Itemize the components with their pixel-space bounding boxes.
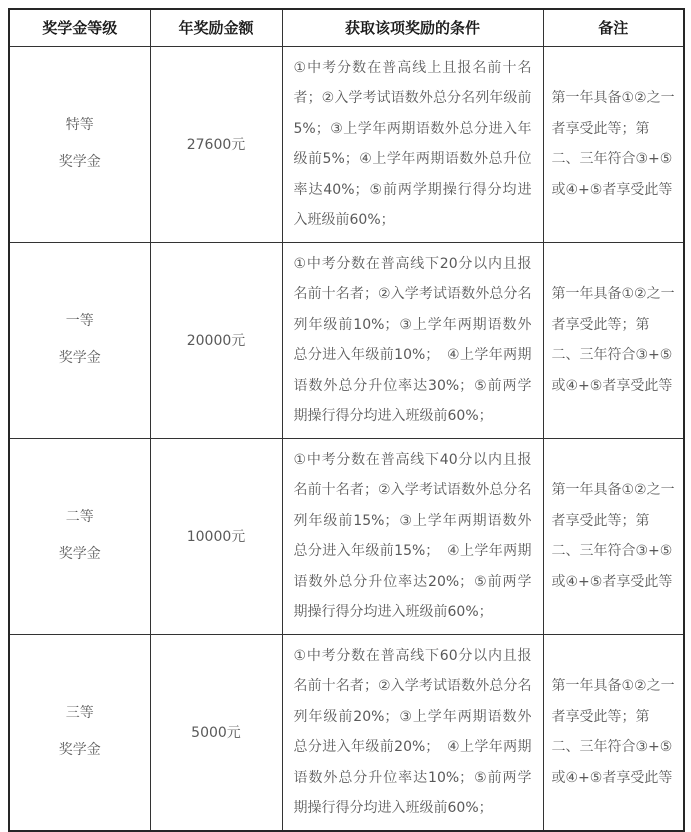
remark-cell: 第一年具备①②之一者享受此等；第二、三年符合③+⑤或④+⑤者享受此等 <box>543 46 684 242</box>
level-cell: 三等 奖学金 <box>9 634 150 831</box>
remark-cell: 第一年具备①②之一者享受此等；第二、三年符合③+⑤或④+⑤者享受此等 <box>543 634 684 831</box>
remark-cell: 第一年具备①②之一者享受此等；第二、三年符合③+⑤或④+⑤者享受此等 <box>543 438 684 634</box>
conditions-cell: ①中考分数在普高线下20分以内且报名前十名者；②入学考试语数外总分名列年级前10… <box>282 242 543 438</box>
scholarship-table: 奖学金等级 年奖励金额 获取该项奖励的条件 备注 特等 奖学金 27600元 ①… <box>8 8 685 832</box>
amount-cell: 27600元 <box>150 46 282 242</box>
header-row: 奖学金等级 年奖励金额 获取该项奖励的条件 备注 <box>9 9 684 46</box>
remark-cell: 第一年具备①②之一者享受此等；第二、三年符合③+⑤或④+⑤者享受此等 <box>543 242 684 438</box>
level-line2: 奖学金 <box>11 340 149 377</box>
level-line1: 三等 <box>11 695 149 732</box>
conditions-cell: ①中考分数在普高线上且报名前十名者；②入学考试语数外总分名列年级前5%；③上学年… <box>282 46 543 242</box>
header-cell-remark: 备注 <box>543 9 684 46</box>
header-cell-level: 奖学金等级 <box>9 9 150 46</box>
level-cell: 特等 奖学金 <box>9 46 150 242</box>
table-row-special: 特等 奖学金 27600元 ①中考分数在普高线上且报名前十名者；②入学考试语数外… <box>9 46 684 242</box>
level-line2: 奖学金 <box>11 144 149 181</box>
level-line1: 一等 <box>11 303 149 340</box>
conditions-cell: ①中考分数在普高线下40分以内且报名前十名者；②入学考试语数外总分名列年级前15… <box>282 438 543 634</box>
level-cell: 一等 奖学金 <box>9 242 150 438</box>
amount-cell: 20000元 <box>150 242 282 438</box>
conditions-cell: ①中考分数在普高线下60分以内且报名前十名者；②入学考试语数外总分名列年级前20… <box>282 634 543 831</box>
level-line1: 二等 <box>11 499 149 536</box>
header-cell-amount: 年奖励金额 <box>150 9 282 46</box>
amount-cell: 10000元 <box>150 438 282 634</box>
level-line2: 奖学金 <box>11 732 149 769</box>
table-row-first: 一等 奖学金 20000元 ①中考分数在普高线下20分以内且报名前十名者；②入学… <box>9 242 684 438</box>
amount-cell: 5000元 <box>150 634 282 831</box>
level-line2: 奖学金 <box>11 536 149 573</box>
header-cell-conditions: 获取该项奖励的条件 <box>282 9 543 46</box>
level-cell: 二等 奖学金 <box>9 438 150 634</box>
table-row-second: 二等 奖学金 10000元 ①中考分数在普高线下40分以内且报名前十名者；②入学… <box>9 438 684 634</box>
level-line1: 特等 <box>11 107 149 144</box>
scholarship-table-page: 奖学金等级 年奖励金额 获取该项奖励的条件 备注 特等 奖学金 27600元 ①… <box>0 0 691 795</box>
table-row-third: 三等 奖学金 5000元 ①中考分数在普高线下60分以内且报名前十名者；②入学考… <box>9 634 684 831</box>
